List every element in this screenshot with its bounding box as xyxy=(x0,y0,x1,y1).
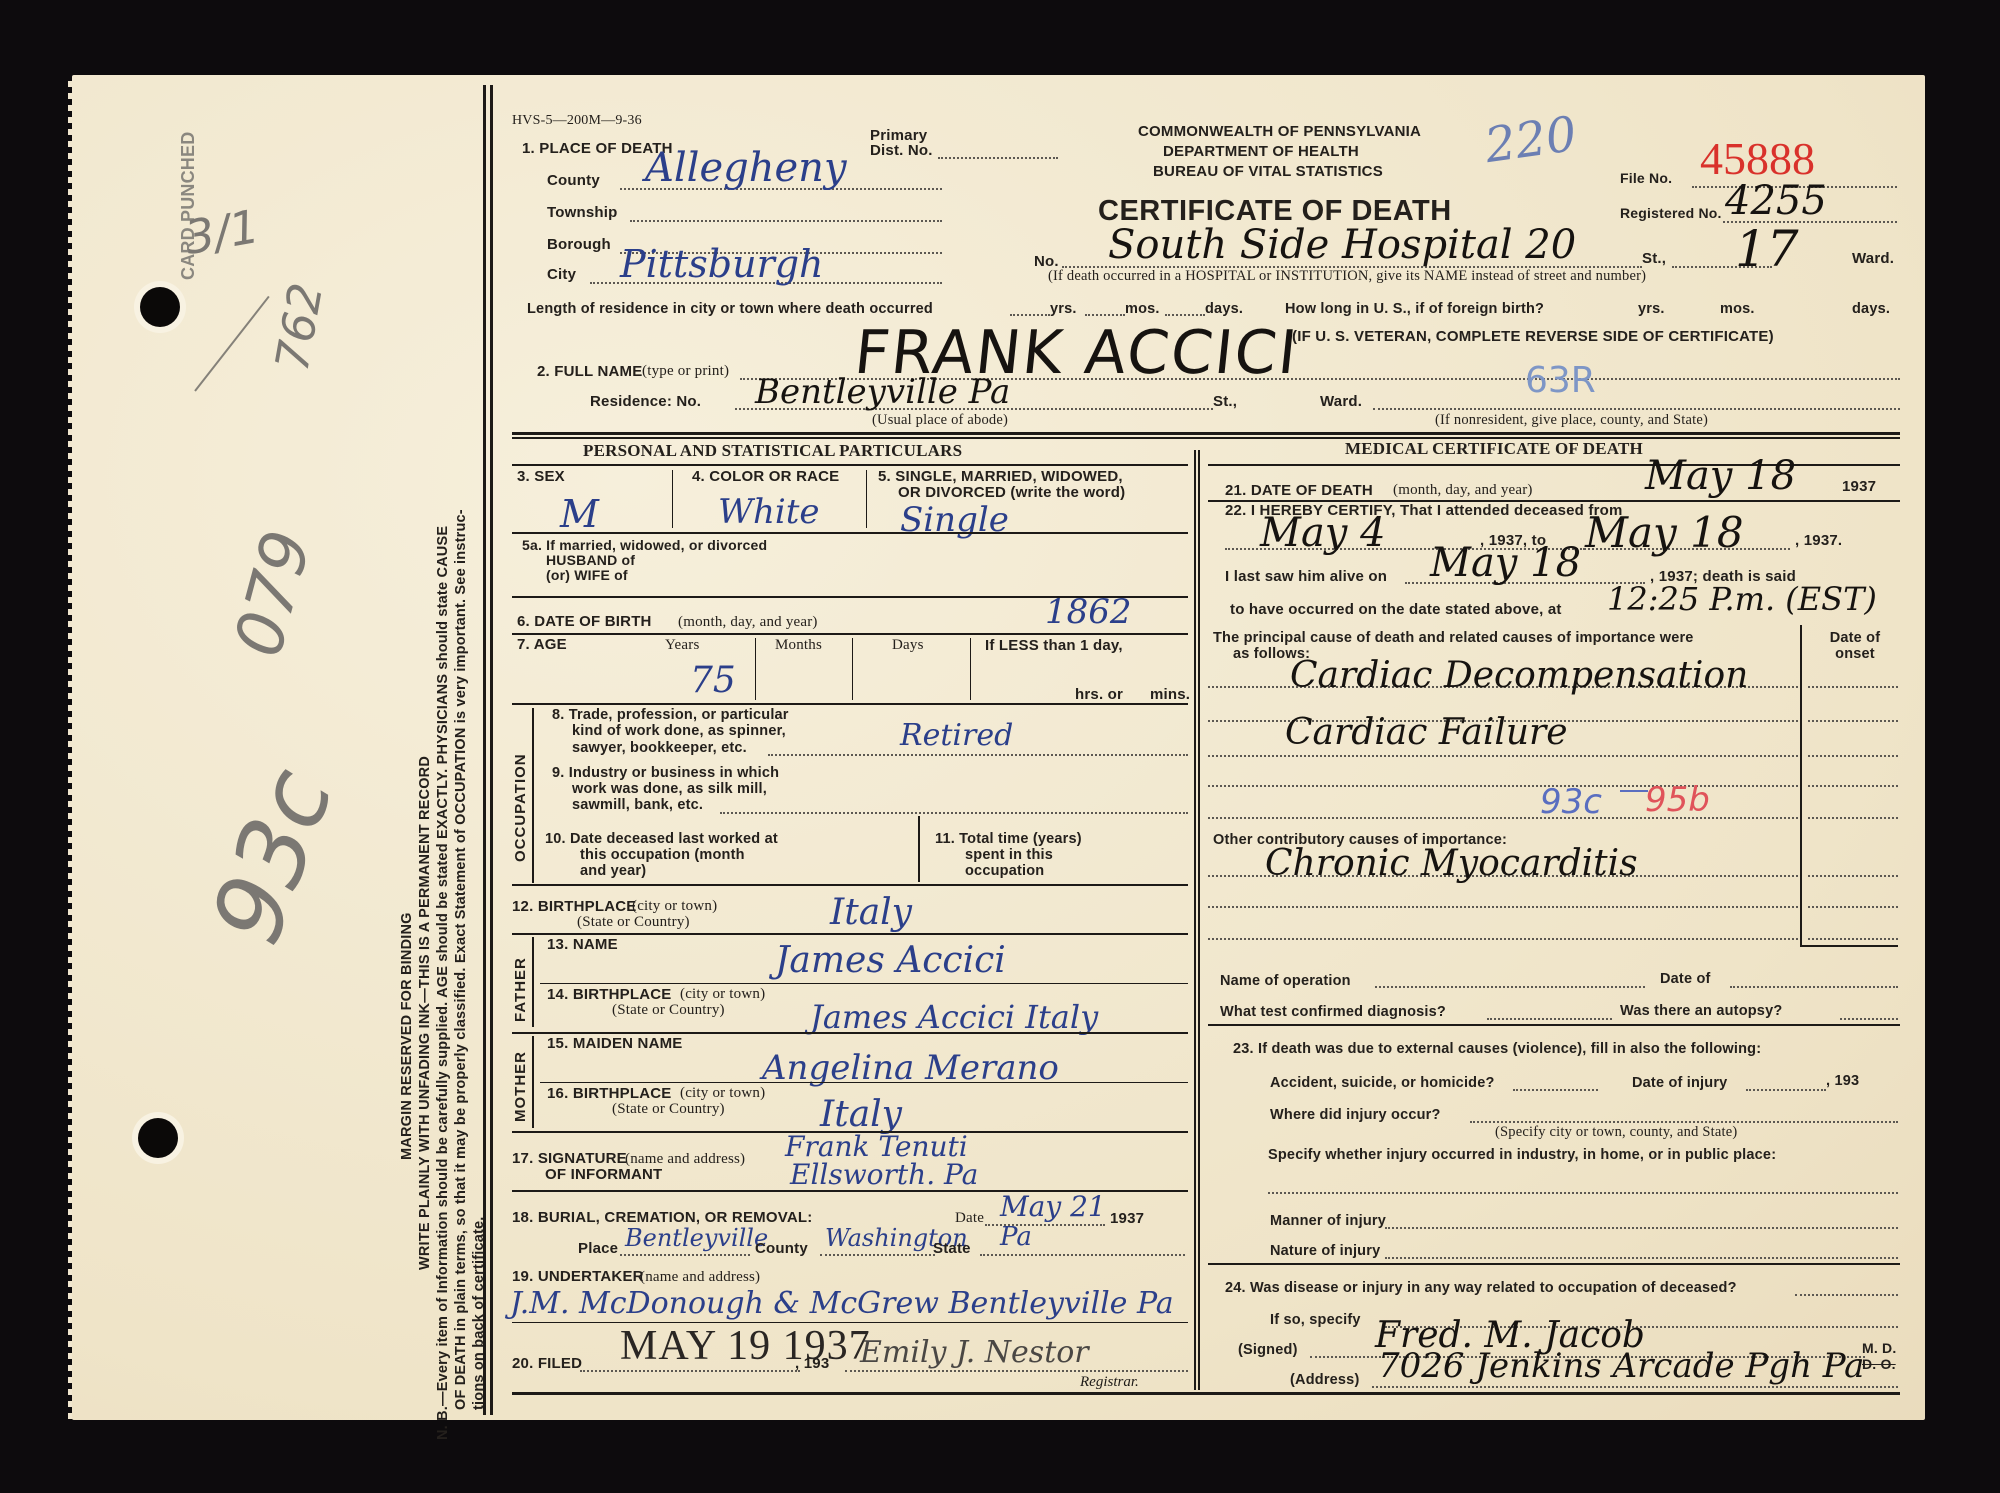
operation-label: Name of operation xyxy=(1220,973,1351,989)
industry-line xyxy=(720,812,1188,814)
full-name-label: 2. FULL NAME xyxy=(537,363,642,380)
res-mos-line xyxy=(1085,314,1125,316)
binding-border-left xyxy=(483,85,486,1415)
other-line-3 xyxy=(1208,938,1798,940)
test-confirmed-line xyxy=(1487,1018,1612,1020)
burial-year-value: 1937 xyxy=(1110,1210,1144,1227)
informant-address-value: Ellsworth. Pa xyxy=(790,1158,978,1191)
other-line-2 xyxy=(1208,906,1798,908)
sex-value: M xyxy=(560,492,599,536)
age-days-label: Days xyxy=(892,637,924,654)
borough-label: Borough xyxy=(547,236,611,253)
operation-date-line xyxy=(1730,986,1898,988)
nature-injury-label: Nature of injury xyxy=(1270,1243,1380,1259)
race-label: 4. COLOR OR RACE xyxy=(692,468,839,485)
father-birthplace-hint-1: (city or town) xyxy=(680,986,765,1003)
binding-border-right xyxy=(490,85,493,1415)
father-birthplace-value: James Accici Italy xyxy=(810,998,1098,1036)
occupation-time-divider xyxy=(918,816,920,882)
burial-county-line xyxy=(820,1254,935,1256)
rule-after-age xyxy=(512,703,1188,705)
res-yrs-line xyxy=(1010,314,1050,316)
onset-line-6 xyxy=(1808,875,1898,877)
burial-state-value: Pa xyxy=(1000,1222,1032,1252)
residence-ward-label: Ward. xyxy=(1320,393,1362,410)
race-value: White xyxy=(718,492,820,532)
date-of-death-label: 21. DATE OF DEATH xyxy=(1225,482,1373,499)
residence-code-63r: 63R xyxy=(1525,360,1596,401)
rule-after-birthplace xyxy=(512,933,1188,935)
birthplace-label: 12. BIRTHPLACE xyxy=(512,898,637,915)
county-value: Allegheny xyxy=(645,145,847,191)
where-injury-label: Where did injury occur? xyxy=(1270,1107,1441,1123)
if-so-label: If so, specify xyxy=(1270,1312,1361,1328)
column-divider-2 xyxy=(1198,450,1200,1390)
city-label: City xyxy=(547,266,576,283)
onset-line-1 xyxy=(1808,686,1898,688)
file-no-label: File No. xyxy=(1620,170,1672,186)
autopsy-line xyxy=(1840,1018,1898,1020)
attended-from-value: May 4 xyxy=(1260,510,1386,556)
spouse-label-2: HUSBAND of xyxy=(546,552,635,568)
address-label: (Address) xyxy=(1290,1372,1359,1388)
ward-value: 17 xyxy=(1735,220,1799,278)
fb-days-label: days. xyxy=(1852,301,1890,317)
date-of-onset-label: Date of onset xyxy=(1820,630,1890,662)
rule-after-sex xyxy=(512,532,1188,534)
trade-value: Retired xyxy=(900,718,1013,753)
onset-line-8 xyxy=(1808,938,1898,940)
occurred-label: to have occurred on the date stated abov… xyxy=(1230,601,1562,618)
age-years-label: Years xyxy=(665,637,699,654)
trade-label-2: kind of work done, as spinner, xyxy=(572,723,786,739)
rule-after-dob xyxy=(512,633,1188,635)
attended-to-year: , 1937. xyxy=(1795,532,1842,549)
personal-section-header: PERSONAL AND STATISTICAL PARTICULARS xyxy=(583,441,962,461)
st-label: St., xyxy=(1642,250,1666,267)
cause-code-dash xyxy=(1620,790,1648,792)
undertaker-hint: (name and address) xyxy=(640,1269,760,1286)
informant-label-2: OF INFORMANT xyxy=(545,1166,662,1183)
burial-date-value: May 21 xyxy=(1000,1190,1106,1223)
signed-label: (Signed) xyxy=(1238,1342,1298,1358)
margin-instructions: MARGIN RESERVED FOR BINDING WRITE PLAINL… xyxy=(398,509,488,1440)
md-label: M. D. xyxy=(1862,1340,1896,1356)
rule-after-occupation xyxy=(512,884,1188,886)
rule-after-father xyxy=(512,1032,1188,1034)
attended-to-value: May 18 xyxy=(1585,508,1744,557)
agency-line-1: COMMONWEALTH OF PENNSYLVANIA xyxy=(1138,123,1421,140)
external-causes-label: 23. If death was due to external causes … xyxy=(1233,1041,1761,1057)
rule-after-injury xyxy=(1208,1263,1900,1265)
where-injury-hint: (Specify city or town, county, and State… xyxy=(1495,1124,1737,1141)
ward-label: Ward. xyxy=(1852,250,1894,267)
last-worked-label-3: and year) xyxy=(580,863,646,879)
total-time-label-2: spent in this xyxy=(965,847,1053,863)
father-side-label: FATHER xyxy=(512,957,529,1022)
last-saw-value: May 18 xyxy=(1430,540,1581,586)
onset-line-2 xyxy=(1808,720,1898,722)
marital-value: Single xyxy=(900,500,1009,540)
cause-code-blue: 93c xyxy=(1540,782,1602,822)
marital-label-1: 5. SINGLE, MARRIED, WIDOWED, xyxy=(878,468,1123,485)
township-label: Township xyxy=(547,204,617,221)
birthplace-value: Italy xyxy=(830,892,912,933)
filed-line xyxy=(580,1370,800,1372)
cause-label-1: The principal cause of death and related… xyxy=(1213,630,1694,646)
last-worked-label-1: 10. Date deceased last worked at xyxy=(545,831,778,847)
nature-injury-line xyxy=(1385,1257,1898,1259)
race-marital-divider xyxy=(866,470,867,528)
industry-label-2: work was done, as silk mill, xyxy=(572,781,767,797)
birthplace-hint-1: (city or town) xyxy=(632,898,717,915)
age-div-1 xyxy=(755,638,756,700)
age-months-label: Months xyxy=(775,637,822,654)
last-worked-label-2: this occupation (month xyxy=(580,847,745,863)
veteran-note: (IF U. S. VETERAN, COMPLETE REVERSE SIDE… xyxy=(1292,328,1774,345)
age-less-label: If LESS than 1 day, xyxy=(985,637,1123,654)
sex-race-divider xyxy=(672,470,673,528)
sex-label: 3. SEX xyxy=(517,468,565,485)
column-divider-1 xyxy=(1194,450,1196,1390)
form-code: HVS-5—200M—9-36 xyxy=(512,113,642,129)
res-mos-label: mos. xyxy=(1125,301,1160,317)
punch-hole-bottom xyxy=(138,1118,178,1158)
dist-no-label: Dist. No. xyxy=(870,142,933,159)
full-name-hint: (type or print) xyxy=(642,363,729,380)
residence-label: Residence: No. xyxy=(590,393,701,410)
father-name-value: James Accici xyxy=(775,940,1006,981)
rule-after-autopsy xyxy=(1208,1024,1900,1026)
bottom-rule xyxy=(512,1392,1900,1395)
occupation-side-label: OCCUPATION xyxy=(512,753,529,862)
county-label: County xyxy=(547,172,600,189)
filed-label: 20. FILED xyxy=(512,1355,582,1372)
age-hrs-label: hrs. or xyxy=(1075,686,1123,703)
informant-label-1: 17. SIGNATURE xyxy=(512,1150,627,1167)
test-confirmed-label: What test confirmed diagnosis? xyxy=(1220,1004,1446,1020)
residence-value: Bentleyville Pa xyxy=(755,372,1010,412)
trade-label-3: sawyer, bookkeeper, etc. xyxy=(572,740,747,756)
cause-line-3 xyxy=(1208,755,1798,757)
nonresident-note: (If nonresident, give place, county, and… xyxy=(1435,412,1708,429)
mother-birthplace-value: Italy xyxy=(820,1094,902,1135)
specify-place-line xyxy=(1268,1192,1898,1194)
res-yrs-label: yrs. xyxy=(1050,301,1077,317)
margin-ink-note: WRITE PLAINLY WITH UNFADING INK—THIS IS … xyxy=(416,509,434,1440)
industry-label-3: sawmill, bank, etc. xyxy=(572,797,703,813)
burial-state-line xyxy=(980,1254,1185,1256)
age-mins-label: mins. xyxy=(1150,686,1190,703)
industry-label-1: 9. Industry or business in which xyxy=(552,765,779,781)
burial-place-line xyxy=(620,1254,750,1256)
hospital-name-value: South Side Hospital 20 xyxy=(1108,222,1576,268)
registered-number: 4255 xyxy=(1725,178,1827,224)
undertaker-label: 19. UNDERTAKER xyxy=(512,1268,644,1285)
hospital-instruction: (If death occurred in a HOSPITAL or INST… xyxy=(1048,268,1646,285)
onset-box-bottom xyxy=(1800,945,1898,947)
agency-line-2: DEPARTMENT OF HEALTH xyxy=(1163,143,1359,160)
dist-no-field xyxy=(938,157,1058,159)
city-value: Pittsburgh xyxy=(620,242,824,286)
age-label: 7. AGE xyxy=(517,636,567,653)
burial-place-label: Place xyxy=(578,1240,618,1257)
date-of-death-year: 1937 xyxy=(1842,478,1876,495)
registered-no-label: Registered No. xyxy=(1620,205,1722,221)
rule-father-name xyxy=(540,983,1188,984)
fb-mos-label: mos. xyxy=(1720,301,1755,317)
burial-place-value: Bentleyville xyxy=(625,1224,768,1252)
section-rule-top-1 xyxy=(512,432,1900,435)
residence-st-label: St., xyxy=(1213,393,1237,410)
time-of-death-value: 12:25 P.m. (EST) xyxy=(1607,580,1877,618)
operation-date-label: Date of xyxy=(1660,971,1711,987)
township-field-line xyxy=(630,220,942,222)
total-time-label-1: 11. Total time (years) xyxy=(935,831,1082,847)
occupation-related-line xyxy=(1795,1294,1898,1296)
marital-label-2: OR DIVORCED (write the word) xyxy=(898,484,1125,501)
mother-name-label: 15. MAIDEN NAME xyxy=(547,1035,683,1052)
margin-binding-note: MARGIN RESERVED FOR BINDING xyxy=(398,509,416,1440)
address-line xyxy=(1372,1386,1898,1388)
registrar-signature: Emily J. Nestor xyxy=(860,1335,1089,1370)
autopsy-label: Was there an autopsy? xyxy=(1620,1003,1782,1019)
manner-injury-line xyxy=(1385,1227,1898,1229)
burial-county-label: County xyxy=(755,1240,808,1257)
injury-date-line xyxy=(1746,1089,1826,1091)
date-of-death-value: May 18 xyxy=(1645,453,1796,499)
dob-label: 6. DATE OF BIRTH xyxy=(517,613,652,630)
trade-label-1: 8. Trade, profession, or particular xyxy=(552,707,789,723)
occupation-bracket xyxy=(532,708,534,883)
abode-note: (Usual place of abode) xyxy=(872,412,1008,429)
where-injury-line xyxy=(1470,1121,1898,1123)
residence-ward-line xyxy=(1373,408,1900,410)
onset-line-3 xyxy=(1808,755,1898,757)
mother-bracket xyxy=(532,1036,534,1128)
onset-line-4 xyxy=(1808,785,1898,787)
punch-hole-top xyxy=(140,287,180,327)
father-bracket xyxy=(532,937,534,1027)
injury-date-label: Date of injury xyxy=(1632,1075,1727,1091)
do-label: D. O. xyxy=(1862,1356,1896,1372)
mother-side-label: MOTHER xyxy=(512,1051,529,1122)
registrar-label: Registrar. xyxy=(1080,1374,1139,1391)
rule-medical-top xyxy=(1208,464,1900,466)
mother-birthplace-hint-1: (city or town) xyxy=(680,1085,765,1102)
dob-value: 1862 xyxy=(1045,592,1132,632)
operation-line xyxy=(1375,986,1645,988)
last-saw-label: I last saw him alive on xyxy=(1225,568,1387,585)
specify-place-label: Specify whether injury occurred in indus… xyxy=(1268,1147,1776,1163)
mother-birthplace-hint-2: (State or Country) xyxy=(612,1101,725,1118)
cause-2-value: Cardiac Failure xyxy=(1285,712,1568,753)
age-div-2 xyxy=(852,638,853,700)
residence-length-label: Length of residence in city or town wher… xyxy=(527,301,933,317)
res-days-line xyxy=(1165,314,1205,316)
total-time-label-3: occupation xyxy=(965,863,1044,879)
cause-1-value: Cardiac Decompensation xyxy=(1290,655,1748,696)
margin-nb-note-2: OF DEATH in plain terms, so that it may … xyxy=(452,509,470,1440)
foreign-birth-label: How long in U. S., if of foreign birth? xyxy=(1285,301,1544,317)
date-of-death-hint: (month, day, and year) xyxy=(1393,482,1533,499)
registrar-line xyxy=(845,1370,1188,1372)
onset-line-5 xyxy=(1808,817,1898,819)
filed-year-label: , 193 xyxy=(795,1355,829,1372)
medical-section-header: MEDICAL CERTIFICATE OF DEATH xyxy=(1345,439,1643,459)
filed-date-stamp: MAY 19 1937 xyxy=(620,1322,871,1370)
trade-line xyxy=(768,754,1188,756)
burial-state-label: State xyxy=(933,1240,971,1257)
occupation-related-label: 24. Was disease or injury in any way rel… xyxy=(1225,1280,1737,1296)
agency-line-3: BUREAU OF VITAL STATISTICS xyxy=(1153,163,1383,180)
birthplace-hint-2: (State or Country) xyxy=(577,914,690,931)
rule-personal-top xyxy=(512,464,1188,466)
father-birthplace-label: 14. BIRTHPLACE xyxy=(547,986,672,1003)
accident-label: Accident, suicide, or homicide? xyxy=(1270,1075,1495,1091)
accident-line xyxy=(1513,1089,1598,1091)
age-years-value: 75 xyxy=(690,660,736,701)
undertaker-value: J.M. McDonough & McGrew Bentleyville Pa xyxy=(510,1286,1174,1321)
fb-yrs-label: yrs. xyxy=(1638,301,1665,317)
dob-hint: (month, day, and year) xyxy=(678,614,818,631)
other-cause-value: Chronic Myocarditis xyxy=(1265,843,1638,884)
mother-birthplace-label: 16. BIRTHPLACE xyxy=(547,1085,672,1102)
section-rule-top-2 xyxy=(512,437,1900,439)
rule-mother-name xyxy=(540,1082,1188,1083)
age-div-3 xyxy=(970,638,971,700)
spouse-label-3: (or) WIFE of xyxy=(546,567,628,583)
margin-nb-note-1: N. B.—Every item of Information should b… xyxy=(434,509,452,1440)
physician-address: 7026 Jenkins Arcade Pgh Pa xyxy=(1378,1346,1864,1386)
spouse-label-1: 5a. If married, widowed, or divorced xyxy=(522,537,767,553)
father-name-label: 13. NAME xyxy=(547,936,618,953)
res-days-label: days. xyxy=(1205,301,1243,317)
cause-code-red: 95b xyxy=(1645,780,1710,820)
onset-divider xyxy=(1800,625,1802,945)
onset-line-7 xyxy=(1808,906,1898,908)
injury-year: , 193 xyxy=(1826,1073,1859,1089)
father-birthplace-hint-2: (State or Country) xyxy=(612,1002,725,1019)
manner-injury-label: Manner of injury xyxy=(1270,1213,1386,1229)
